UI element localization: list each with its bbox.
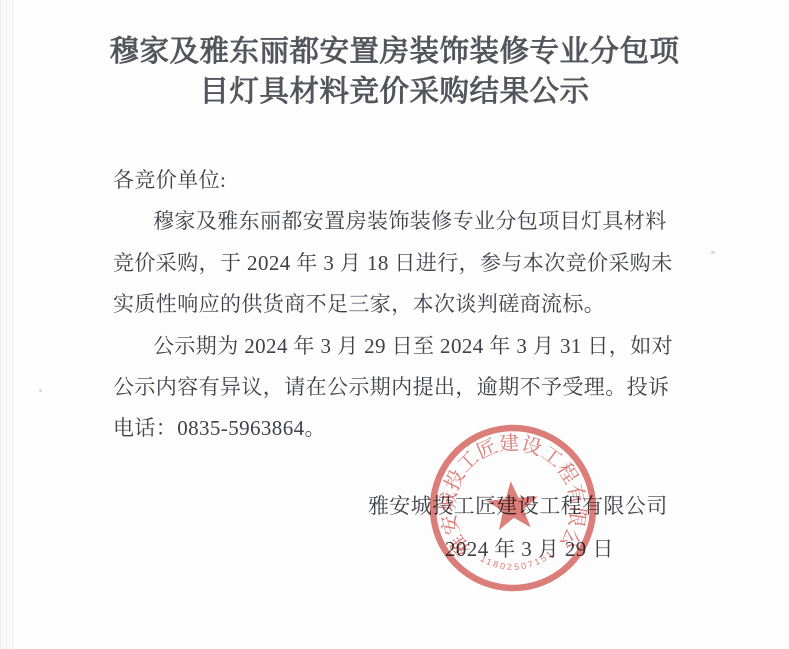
- paragraph-2-line-1: 公示期为 2024 年 3 月 29 日至 2024 年 3 月 31 日，如对: [113, 326, 673, 367]
- paragraph-1-line-3: 实质性响应的供货商不足三家，本次谈判磋商流标。: [113, 284, 673, 325]
- company-seal: 雅安城投工匠建设工程有限公司 11802507151: [407, 402, 619, 614]
- paragraph-1-line-2: 竞价采购，于 2024 年 3 月 18 日进行，参与本次竞价采购未: [113, 243, 673, 284]
- document-page: 穆家及雅东丽都安置房装饰装修专业分包项 目灯具材料竞价采购结果公示 各竞价单位:…: [0, 0, 789, 649]
- scan-speck: [711, 251, 715, 254]
- scan-speck: [39, 389, 42, 392]
- title-line-1: 穆家及雅东丽都安置房装饰装修专业分包项: [0, 32, 789, 72]
- star-icon: [485, 479, 540, 531]
- seal-serial-holder: 11802507151: [478, 547, 557, 575]
- title-line-2: 目灯具材料竞价采购结果公示: [0, 72, 789, 112]
- document-title: 穆家及雅东丽都安置房装饰装修专业分包项 目灯具材料竞价采购结果公示: [0, 32, 789, 112]
- seal-serial-number: 11802507151: [478, 547, 557, 575]
- salutation: 各竞价单位:: [113, 160, 673, 201]
- paragraph-1-line-1: 穆家及雅东丽都安置房装饰装修专业分包项目灯具材料: [113, 201, 673, 242]
